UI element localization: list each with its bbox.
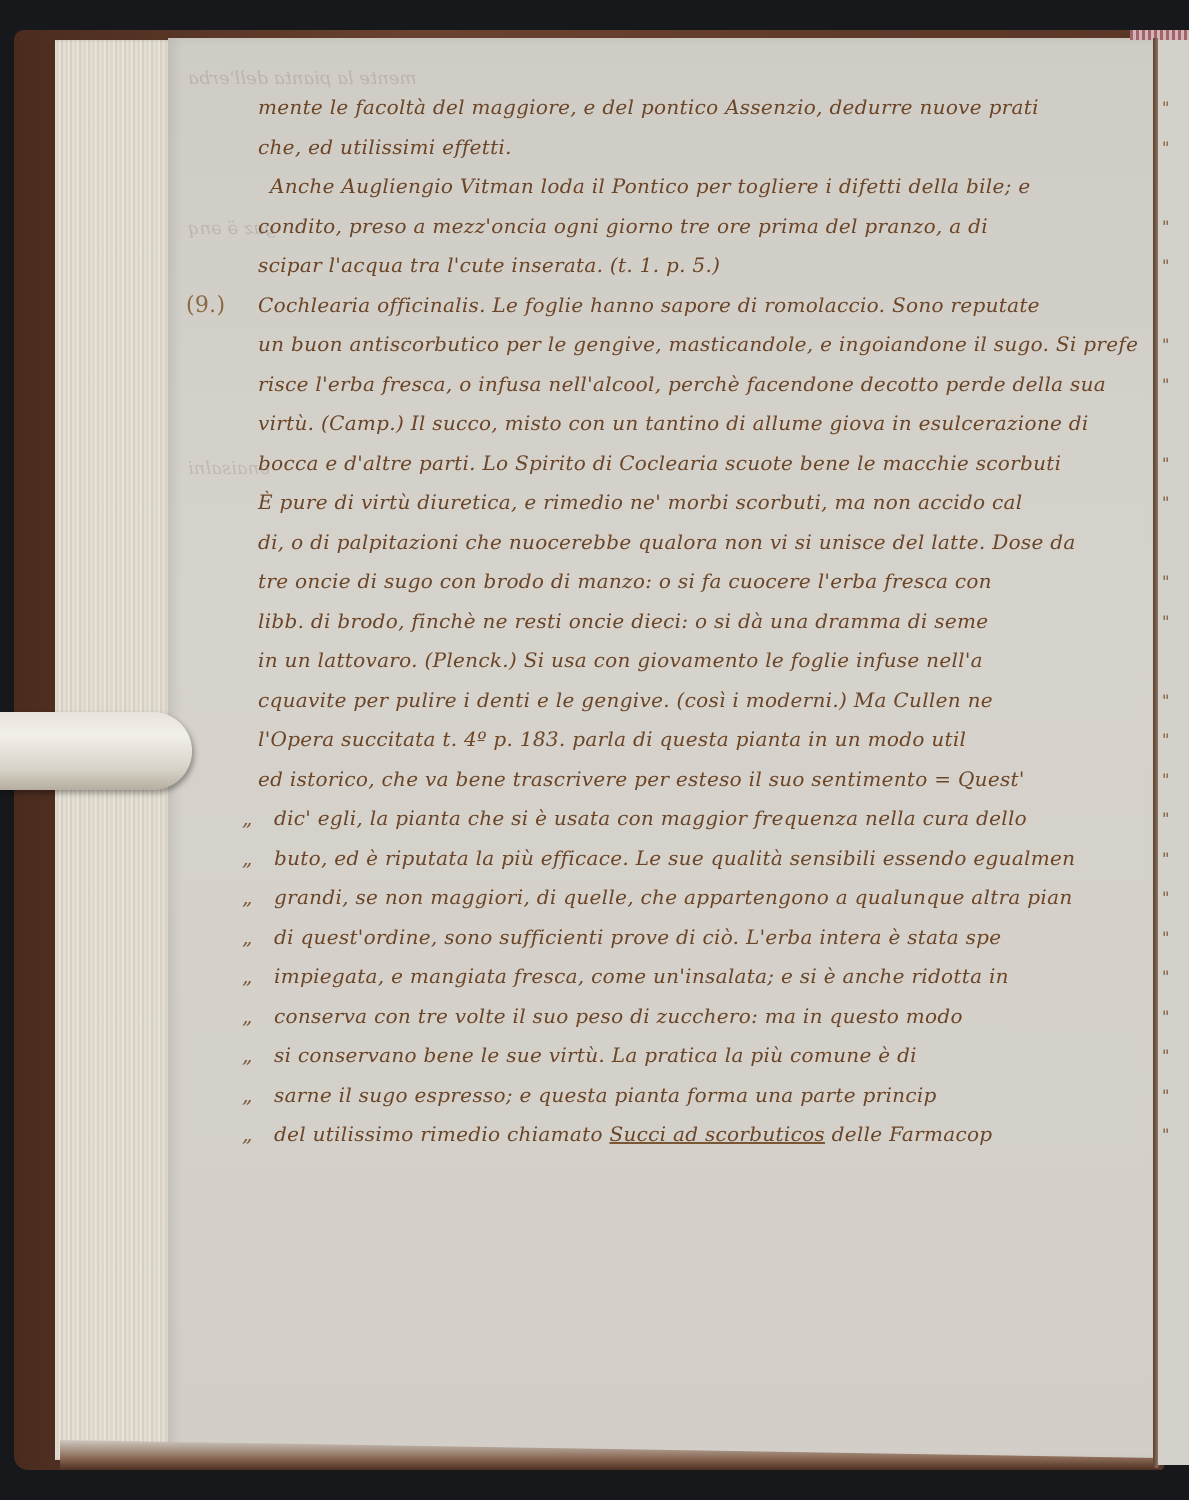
margin-quote-mark (1162, 286, 1186, 326)
margin-quote-mark: " (1162, 997, 1186, 1037)
manuscript-line: risce l'erba fresca, o infusa nell'alcoo… (170, 365, 1160, 405)
manuscript-line: „sarne il sugo espresso; e questa pianta… (170, 1076, 1160, 1116)
manuscript-line: „dic' egli, la pianta che si è usata con… (170, 799, 1160, 839)
margin-quote-mark: " (1162, 246, 1186, 286)
line-text: libb. di brodo, finchè ne resti oncie di… (258, 602, 988, 642)
line-text: un buon antiscorbutico per le gengive, m… (258, 325, 1138, 365)
line-text: ed istorico, che va bene trascrivere per… (258, 760, 1025, 800)
margin-quote-mark: " (1162, 720, 1186, 760)
margin-quote-mark: " (1162, 1036, 1186, 1076)
quote-mark: „ (242, 1036, 260, 1076)
manuscript-line: „impiegata, e mangiata fresca, come un'i… (170, 957, 1160, 997)
quote-mark: „ (242, 918, 260, 958)
manuscript-line: un buon antiscorbutico per le gengive, m… (170, 325, 1160, 365)
manuscript-line: cquavite per pulire i denti e le gengive… (170, 681, 1160, 721)
line-text: scipar l'acqua tra l'cute inserata. (t. … (258, 246, 720, 286)
quote-mark: „ (242, 957, 260, 997)
margin-quote-mark: " (1162, 207, 1186, 247)
bleed-through-text: mente la pianta dell'erba (188, 68, 417, 89)
quote-mark: „ (242, 839, 260, 879)
manuscript-line: Anche Augliengio Vitman loda il Pontico … (170, 167, 1160, 207)
manuscript-line: condito, preso a mezz'oncia ogni giorno … (170, 207, 1160, 247)
margin-quote-mark: " (1162, 444, 1186, 484)
quote-mark: „ (242, 997, 260, 1037)
line-text: condito, preso a mezz'oncia ogni giorno … (258, 207, 988, 247)
manuscript-line: libb. di brodo, finchè ne resti oncie di… (170, 602, 1160, 642)
margin-quote-mark: " (1162, 562, 1186, 602)
margin-quote-mark: " (1162, 365, 1186, 405)
manuscript-text: mente le facoltà del maggiore, e del pon… (170, 88, 1160, 1155)
line-text: bocca e d'altre parti. Lo Spirito di Coc… (258, 444, 1061, 484)
manuscript-line: „si conservano bene le sue virtù. La pra… (170, 1036, 1160, 1076)
line-text: di quest'ordine, sono sufficienti prove … (274, 918, 1001, 958)
manuscript-line: (9.)Cochlearia officinalis. Le foglie ha… (170, 286, 1160, 326)
ivory-page-holder (0, 712, 192, 790)
manuscript-line: tre oncie di sugo con brodo di manzo: o … (170, 562, 1160, 602)
line-text: tre oncie di sugo con brodo di manzo: o … (258, 562, 992, 602)
facing-page-quote-marks: """""""""""""""""""""" (1162, 88, 1186, 1155)
line-text: cquavite per pulire i denti e le gengive… (258, 681, 993, 721)
underlined-title: Succi ad scorbuticos (609, 1122, 825, 1146)
margin-quote-mark: " (1162, 839, 1186, 879)
line-text: È pure di virtù diuretica, e rimedio ne'… (258, 483, 1022, 523)
line-text: Cochlearia officinalis. Le foglie hanno … (258, 286, 1040, 326)
quote-mark: „ (242, 799, 260, 839)
manuscript-line: scipar l'acqua tra l'cute inserata. (t. … (170, 246, 1160, 286)
margin-quote-mark (1162, 167, 1186, 207)
manuscript-line: „del utilissimo rimedio chiamato Succi a… (170, 1115, 1160, 1155)
line-text: mente le facoltà del maggiore, e del pon… (258, 88, 1039, 128)
line-text: dic' egli, la pianta che si è usata con … (274, 799, 1027, 839)
line-text: del utilissimo rimedio chiamato Succi ad… (274, 1115, 992, 1155)
quote-mark: „ (242, 878, 260, 918)
manuscript-line: bocca e d'altre parti. Lo Spirito di Coc… (170, 444, 1160, 484)
margin-quote-mark: " (1162, 760, 1186, 800)
line-text: risce l'erba fresca, o infusa nell'alcoo… (258, 365, 1106, 405)
margin-quote-mark (1162, 523, 1186, 563)
margin-quote-mark: " (1162, 799, 1186, 839)
headband (1130, 30, 1189, 40)
quote-mark: „ (242, 1076, 260, 1116)
margin-quote-mark: " (1162, 483, 1186, 523)
line-text: Anche Augliengio Vitman loda il Pontico … (270, 167, 1030, 207)
line-text: impiegata, e mangiata fresca, come un'in… (274, 957, 1009, 997)
line-text: l'Opera succitata t. 4º p. 183. parla di… (258, 720, 966, 760)
margin-quote-mark: " (1162, 88, 1186, 128)
manuscript-line: „conserva con tre volte il suo peso di z… (170, 997, 1160, 1037)
line-text: si conservano bene le sue virtù. La prat… (274, 1036, 917, 1076)
manuscript-line: mente le facoltà del maggiore, e del pon… (170, 88, 1160, 128)
margin-quote-mark (1162, 641, 1186, 681)
margin-quote-mark: " (1162, 325, 1186, 365)
margin-quote-mark: " (1162, 681, 1186, 721)
manuscript-line: ed istorico, che va bene trascrivere per… (170, 760, 1160, 800)
manuscript-line: di, o di palpitazioni che nuocerebbe qua… (170, 523, 1160, 563)
line-text: di, o di palpitazioni che nuocerebbe qua… (258, 523, 1076, 563)
margin-quote-mark: " (1162, 602, 1186, 642)
margin-quote-mark: " (1162, 918, 1186, 958)
quote-mark: „ (242, 1115, 260, 1155)
line-text: in un lattovaro. (Plenck.) Si usa con gi… (258, 641, 983, 681)
line-text: conserva con tre volte il suo peso di zu… (274, 997, 963, 1037)
margin-quote-mark: " (1162, 878, 1186, 918)
manuscript-line: „grandi, se non maggiori, di quelle, che… (170, 878, 1160, 918)
manuscript-line: che, ed utilissimi effetti. (170, 128, 1160, 168)
line-text: grandi, se non maggiori, di quelle, che … (274, 878, 1073, 918)
line-text: sarne il sugo espresso; e questa pianta … (274, 1076, 937, 1116)
margin-quote-mark: " (1162, 957, 1186, 997)
manuscript-line: „buto, ed è riputata la più efficace. Le… (170, 839, 1160, 879)
margin-quote-mark: " (1162, 1076, 1186, 1116)
manuscript-line: È pure di virtù diuretica, e rimedio ne'… (170, 483, 1160, 523)
line-text: virtù. (Camp.) Il succo, misto con un ta… (258, 404, 1089, 444)
line-text: che, ed utilissimi effetti. (258, 128, 512, 168)
margin-quote-mark: " (1162, 128, 1186, 168)
manuscript-line: „di quest'ordine, sono sufficienti prove… (170, 918, 1160, 958)
manuscript-line: in un lattovaro. (Plenck.) Si usa con gi… (170, 641, 1160, 681)
manuscript-line: l'Opera succitata t. 4º p. 183. parla di… (170, 720, 1160, 760)
item-number: (9.) (186, 286, 225, 326)
manuscript-line: virtù. (Camp.) Il succo, misto con un ta… (170, 404, 1160, 444)
margin-quote-mark (1162, 404, 1186, 444)
line-text: buto, ed è riputata la più efficace. Le … (274, 839, 1075, 879)
margin-quote-mark: " (1162, 1115, 1186, 1155)
